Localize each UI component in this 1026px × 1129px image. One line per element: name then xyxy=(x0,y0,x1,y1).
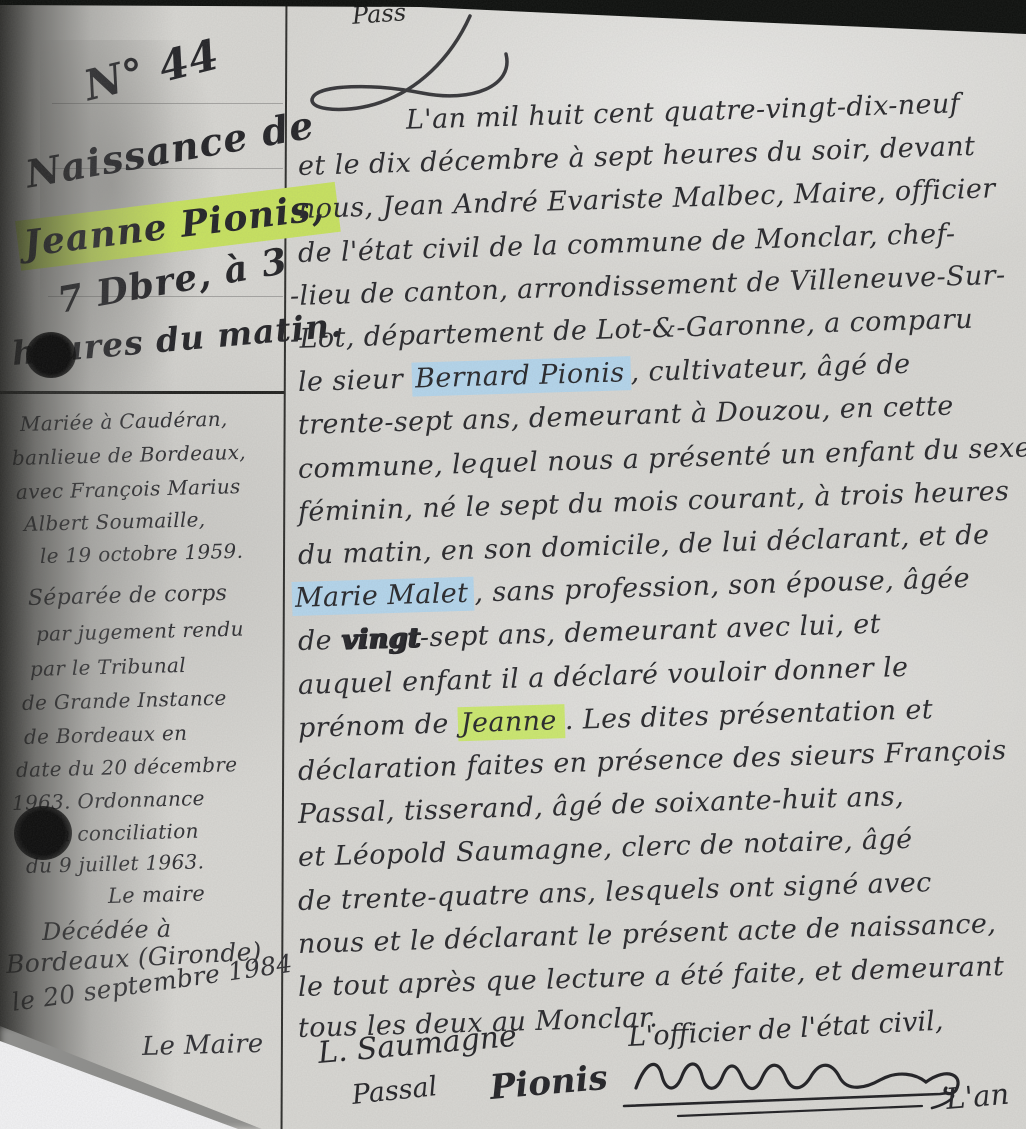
act-line: prénom de Jeanne. Les dites présentation… xyxy=(298,691,1026,744)
act-line: et le dix décembre à sept heures du soir… xyxy=(298,129,1026,182)
mother-name-highlight: Marie Malet xyxy=(292,577,475,616)
act-line-text: . Les dites présentation et xyxy=(564,694,933,736)
scanner-edge-band xyxy=(0,0,1026,40)
marriage-note-line: Albert Soumaille, xyxy=(24,507,206,536)
act-line: de trente-quatre ans, lesquels ont signé… xyxy=(298,864,1026,917)
separation-note-line: de Bordeaux en xyxy=(24,721,188,749)
act-line: déclaration faites en présence des sieur… xyxy=(298,734,1026,787)
marriage-note-line: le 19 octobre 1959. xyxy=(40,539,244,568)
margin-separator-line xyxy=(0,391,284,394)
act-line: le sieur Bernard Pionis, cultivateur, âg… xyxy=(298,345,1026,398)
act-line: nous, Jean André Evariste Malbec, Maire,… xyxy=(298,172,1026,225)
given-name-highlight: Jeanne xyxy=(457,704,565,741)
act-line-text: le sieur xyxy=(298,364,413,398)
hole-punch xyxy=(26,332,76,378)
margin-ruled-line xyxy=(52,103,283,104)
overwritten-word: vingt xyxy=(341,622,421,655)
signature-passal: Passal xyxy=(350,1071,438,1111)
act-line-text: , cultivateur, âgé de xyxy=(630,349,911,388)
act-line: et Léopold Saumagne, clerc de notaire, â… xyxy=(298,820,1026,873)
death-note-signoff: Le Maire xyxy=(142,1029,264,1062)
father-name-highlight: Bernard Pionis xyxy=(412,356,631,396)
separation-note-line: par jugement rendu xyxy=(36,617,244,646)
act-line: de l'état civil de la commune de Monclar… xyxy=(298,216,1026,269)
act-line-text: prénom de xyxy=(298,708,459,744)
child-name-margin: Jeanne Pionis, xyxy=(15,185,340,266)
act-line: Passal, tisserand, âgé de soixante-huit … xyxy=(298,777,1026,830)
act-line: -lieu de canton, arrondissement de Ville… xyxy=(290,259,1026,312)
separation-note-line: de Grande Instance xyxy=(22,686,227,715)
act-line: auquel enfant il a déclaré vouloir donne… xyxy=(298,648,1026,701)
hole-punch xyxy=(14,806,72,860)
act-number: N° 44 xyxy=(79,29,224,110)
act-line-text: -sept ans, demeurant avec lui, et xyxy=(419,609,881,654)
act-line: commune, lequel nous a présenté un enfan… xyxy=(298,432,1026,485)
marriage-note-line: banlieue de Bordeaux, xyxy=(12,440,247,470)
marriage-note-line: avec François Marius xyxy=(16,474,241,504)
separation-note-line: Séparée de corps xyxy=(28,581,228,611)
marriage-note-line: Mariée à Caudéran, xyxy=(20,407,228,436)
act-line: -Lot, département de Lot-&-Garonne, a co… xyxy=(290,302,1026,355)
act-line: nous et le déclarant le présent acte de … xyxy=(298,907,1026,960)
act-line: L'an mil huit cent quatre-vingt-dix-neuf xyxy=(298,83,1026,139)
catchword: L'an xyxy=(945,1077,1011,1116)
act-line: Marie Malet, sans profession, son épouse… xyxy=(292,561,1026,614)
signature-pionis: Pionis xyxy=(488,1058,609,1108)
act-line-text: , sans profession, son épouse, âgée xyxy=(474,563,971,609)
act-line: du matin, en son domicile, de lui déclar… xyxy=(298,518,1026,571)
act-line: féminin, né le sept du mois courant, à t… xyxy=(298,475,1026,528)
act-line-text: de xyxy=(298,625,342,657)
act-title: Naissance de xyxy=(22,102,318,197)
act-line: trente-sept ans, demeurant à Douzou, en … xyxy=(298,388,1026,441)
scanned-birth-record-page: N° 44 Naissance de Jeanne Pionis, 7 Dbre… xyxy=(0,0,1026,1129)
separation-note-line: par le Tribunal xyxy=(30,653,186,681)
separation-note-signoff: Le maire xyxy=(108,881,206,908)
separation-note-line: date du 20 décembre xyxy=(16,752,238,782)
